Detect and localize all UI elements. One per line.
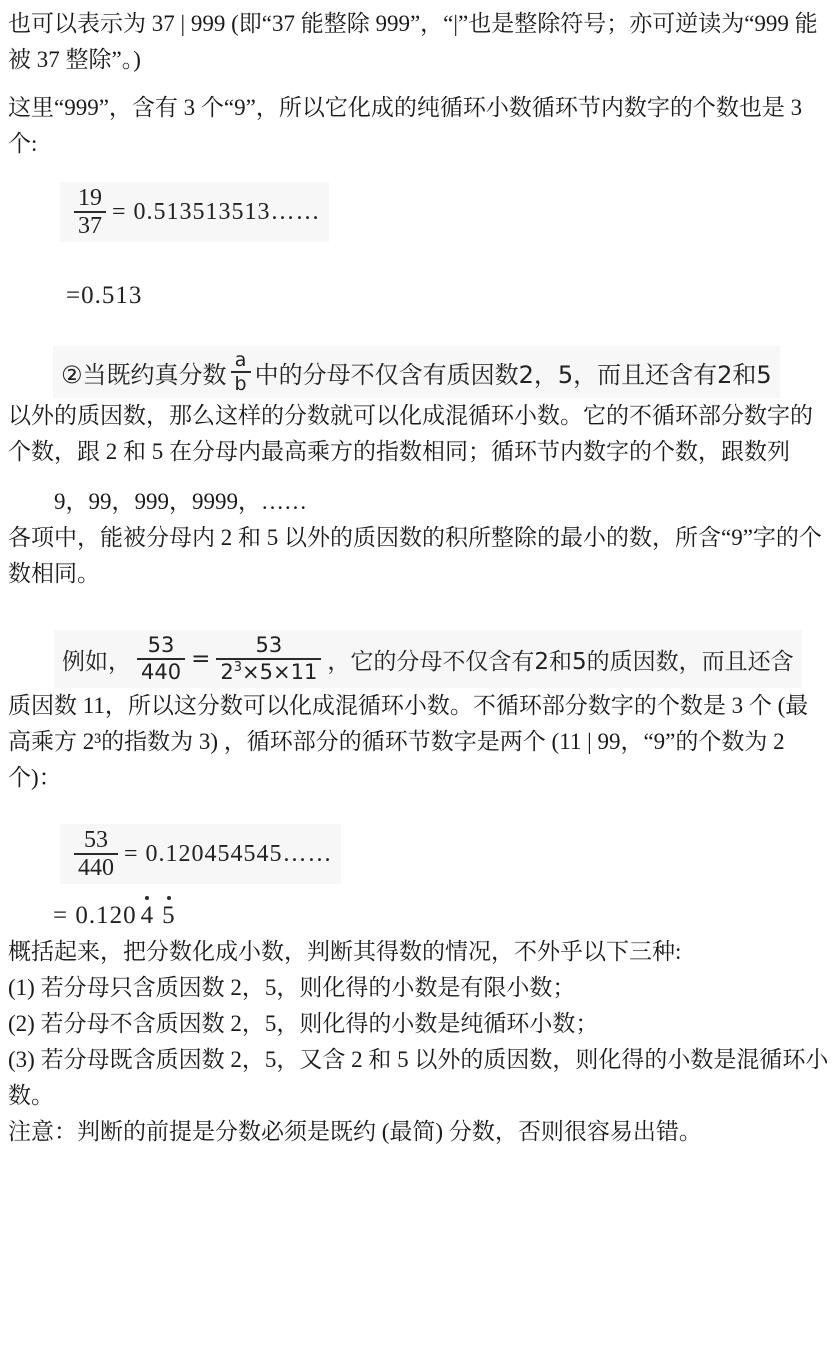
fraction-a-b: a b	[231, 349, 251, 395]
formula-rule-mixed-repeating: ②当既约真分数 a b 中的分母不仅含有质因数2，5，而且还含有2和5	[53, 346, 780, 398]
para-note: 注意：判断的前提是分数必须是既约 (最简) 分数，否则很容易出错。	[8, 1114, 830, 1150]
fraction-numerator: 53	[216, 633, 321, 660]
rule2-suffix: 中的分母不仅含有质因数2，5，而且还含有2和5	[255, 355, 772, 390]
repeating-digit-dotted: 5	[162, 898, 176, 934]
rule2-prefix: ②当既约真分数	[61, 355, 227, 390]
equals-sign: =	[191, 646, 210, 672]
example-prefix: 例如，	[62, 643, 131, 676]
decimal-expansion: = 0.120454545……	[124, 841, 333, 868]
para-999-digits: 这里“999”，含有 3 个“9”，所以它化成的纯循环小数循环节内数字的个数也是…	[8, 90, 830, 162]
fraction-53-440: 53 440	[137, 633, 185, 685]
result-prefix: = 0.120	[53, 902, 137, 929]
para-mixed-rule-continuation: 以外的质因数，那么这样的分数就可以化成混循环小数。它的不循环部分数字的个数，跟 …	[8, 398, 830, 470]
repeating-digit-dotted: 4	[141, 898, 155, 934]
fraction-19-37: 19 37	[74, 185, 106, 239]
fraction-denominator-factored: 23×5×11	[216, 660, 321, 685]
fraction-numerator: 53	[137, 633, 185, 660]
factor-base: 2	[220, 660, 233, 684]
example-suffix: ，它的分母不仅含有2和5的质因数，而且还含	[327, 643, 793, 676]
result-mixed-repeating-012045: = 0.12045	[53, 898, 830, 934]
formula-53-440-decimal: 53 440 = 0.120454545……	[60, 824, 341, 884]
summary-item-3: (3) 若分母既含质因数 2，5，又含 2 和 5 以外的质因数，则化得的小数是…	[8, 1042, 830, 1114]
fraction-numerator: a	[231, 349, 251, 373]
para-divisor-notation: 也可以表示为 37 | 999 (即“37 能整除 999”，“|”也是整除符号…	[8, 6, 830, 78]
document-page: 也可以表示为 37 | 999 (即“37 能整除 999”，“|”也是整除符号…	[0, 0, 838, 1370]
fraction-denominator: b	[231, 373, 251, 395]
summary-item-1: (1) 若分母只含质因数 2，5，则化得的小数是有限小数；	[8, 970, 830, 1006]
summary-item-2: (2) 若分母不含质因数 2，5，则化得的小数是纯循环小数；	[8, 1006, 830, 1042]
series-9-99-999: 9，99，999，9999，……	[54, 484, 830, 520]
fraction-denominator: 37	[74, 213, 106, 239]
fraction-numerator: 19	[74, 185, 106, 213]
formula-19-over-37: 19 37 = 0.513513513……	[60, 182, 329, 242]
fraction-53-factored: 53 23×5×11	[216, 633, 321, 685]
result-pure-repeating-0513: =0.513	[66, 278, 830, 314]
formula-example-53-440: 例如， 53 440 = 53 23×5×11 ，它的分母不仅含有2和5的质因数…	[54, 630, 802, 688]
fraction-denominator: 440	[74, 855, 118, 881]
para-summary: 概括起来，把分数化成小数，判断其得数的情况，不外乎以下三种:	[8, 934, 830, 970]
fraction-53-440: 53 440	[74, 827, 118, 881]
para-example-explanation: 质因数 11，所以这分数可以化成混循环小数。不循环部分数字的个数是 3 个 (最…	[8, 688, 830, 796]
factor-exponent: 3	[234, 660, 242, 675]
fraction-numerator: 53	[74, 827, 118, 855]
decimal-expansion: = 0.513513513……	[112, 199, 321, 226]
factor-rest: ×5×11	[242, 660, 317, 684]
fraction-denominator: 440	[137, 660, 185, 685]
para-smallest-number-rule: 各项中，能被分母内 2 和 5 以外的质因数的积所整除的最小的数，所含“9”字的…	[8, 520, 830, 592]
